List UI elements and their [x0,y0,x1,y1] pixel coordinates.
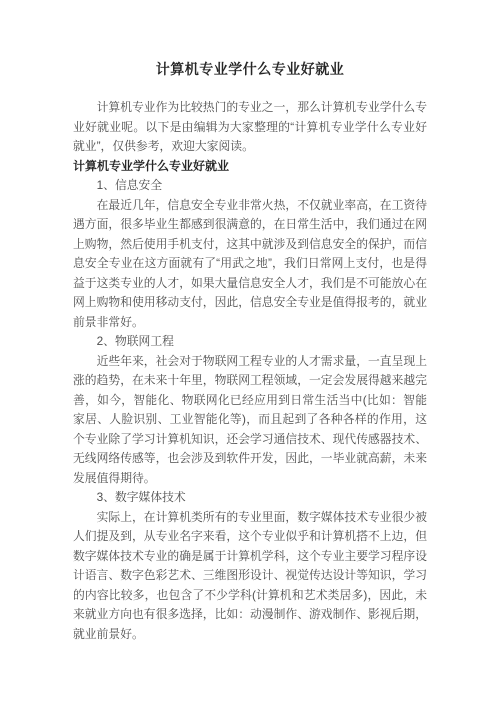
article-page: 计算机专业学什么专业好就业 计算机专业作为比较热门的专业之一，那么计算机专业学什… [0,0,500,707]
article-subheading: 计算机专业学什么专业好就业 [73,157,427,177]
intro-paragraph: 计算机专业作为比较热门的专业之一，那么计算机专业学什么专业好就业呢。以下是由编辑… [73,98,427,157]
section-body: 在最近几年，信息安全专业非常火热，不仅就业率高，在工资待遇方面，很多毕业生都感到… [73,196,427,333]
article-title: 计算机专业学什么专业好就业 [73,58,427,80]
section-heading: 2、物联网工程 [73,332,427,352]
section-info-security: 1、信息安全 在最近几年，信息安全专业非常火热，不仅就业率高，在工资待遇方面，很… [73,176,427,332]
section-digital-media: 3、数字媒体技术 实际上，在计算机类所有的专业里面，数字媒体技术专业很少被人们提… [73,488,427,644]
section-heading: 1、信息安全 [73,176,427,196]
section-body: 近些年来，社会对于物联网工程专业的人才需求量，一直呈现上涨的趋势，在未来十年里，… [73,352,427,489]
section-heading: 3、数字媒体技术 [73,488,427,508]
section-iot-engineering: 2、物联网工程 近些年来，社会对于物联网工程专业的人才需求量，一直呈现上涨的趋势… [73,332,427,488]
section-body: 实际上，在计算机类所有的专业里面，数字媒体技术专业很少被人们提及到，从专业名字来… [73,508,427,645]
